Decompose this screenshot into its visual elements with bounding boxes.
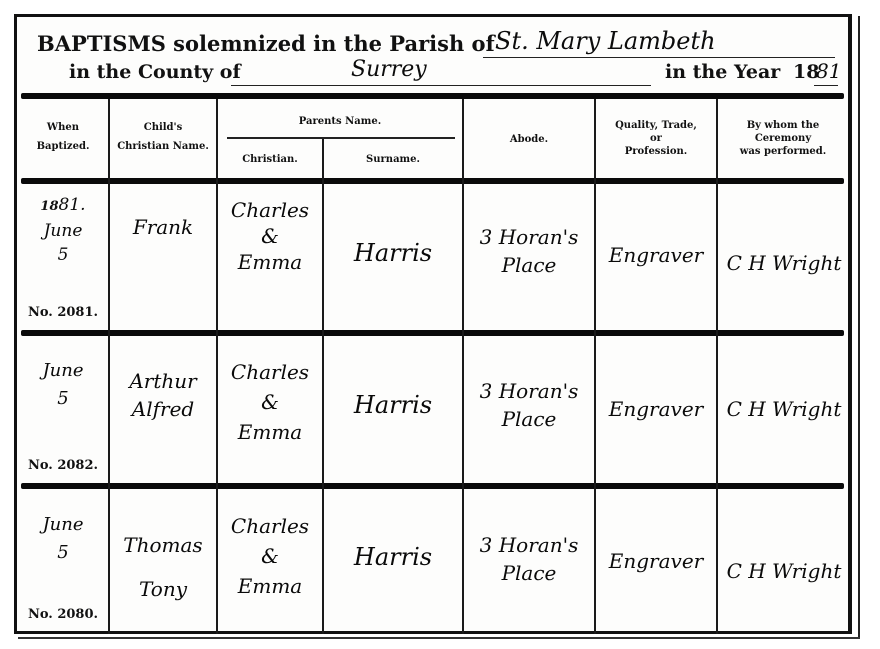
child-name: Arthur Alfred — [110, 367, 216, 423]
header-by-whom: By whom the Ceremony was performed. — [718, 119, 848, 158]
rule-under-row-2 — [21, 483, 844, 489]
outer-border-right — [858, 16, 860, 638]
performed-by: C H Wright — [718, 395, 850, 423]
county-line — [231, 85, 651, 86]
abode: 3 Horan's Place — [464, 223, 594, 279]
year-line — [814, 85, 838, 86]
header-when-baptized: When Baptized. — [19, 121, 107, 153]
outer-border-bottom — [18, 637, 860, 639]
child-name: Frank — [110, 213, 216, 241]
header-parents-name: Parents Name. — [218, 115, 462, 128]
quality-trade: Engraver — [596, 395, 716, 423]
entry-date: June 5 — [19, 357, 107, 413]
county-label: in the County of — [69, 61, 241, 83]
performed-by: C H Wright — [718, 249, 850, 277]
header-child-name: Child's Christian Name. — [110, 121, 216, 153]
parents-christian: Charles & Emma — [218, 357, 322, 447]
entry-number: No. 2082. — [19, 458, 107, 473]
entry-date: June 5 — [19, 511, 107, 567]
entry-number: No. 2080. — [19, 607, 107, 622]
parents-surname: Harris — [324, 391, 462, 419]
year-label: in the Year — [665, 61, 780, 83]
rule-under-header — [21, 178, 844, 184]
quality-trade: Engraver — [596, 241, 716, 269]
county-name: Surrey — [351, 57, 427, 82]
parents-surname: Harris — [324, 543, 462, 571]
year-written: 81 — [816, 59, 841, 83]
header-abode: Abode. — [464, 133, 594, 146]
parish-name: St. Mary Lambeth — [495, 27, 716, 55]
rule-under-row-1 — [21, 330, 844, 336]
child-name: Thomas Tony — [110, 523, 216, 611]
performed-by: C H Wright — [718, 557, 850, 585]
header-parents-christian: Christian. — [218, 153, 322, 166]
parents-surname: Harris — [324, 239, 462, 267]
col-line-6 — [716, 99, 718, 634]
parents-christian: Charles & Emma — [218, 197, 322, 275]
title-prefix: BAPTISMS solemnized in the Parish of — [37, 31, 495, 56]
baptism-register-page: BAPTISMS solemnized in the Parish of St.… — [14, 14, 852, 634]
header-quality: Quality, Trade, or Profession. — [596, 119, 716, 158]
rule-under-title — [21, 93, 844, 99]
header-parents-surname: Surname. — [324, 153, 462, 166]
abode: 3 Horan's Place — [464, 377, 594, 433]
abode: 3 Horan's Place — [464, 531, 594, 587]
register-title: BAPTISMS solemnized in the Parish of St.… — [17, 17, 848, 93]
quality-trade: Engraver — [596, 547, 716, 575]
parents-subheader-line — [227, 137, 455, 139]
parents-christian: Charles & Emma — [218, 511, 322, 601]
parish-line — [483, 57, 835, 58]
entry-date: 1881. June 5 — [19, 193, 107, 267]
entry-number: No. 2081. — [19, 305, 107, 320]
